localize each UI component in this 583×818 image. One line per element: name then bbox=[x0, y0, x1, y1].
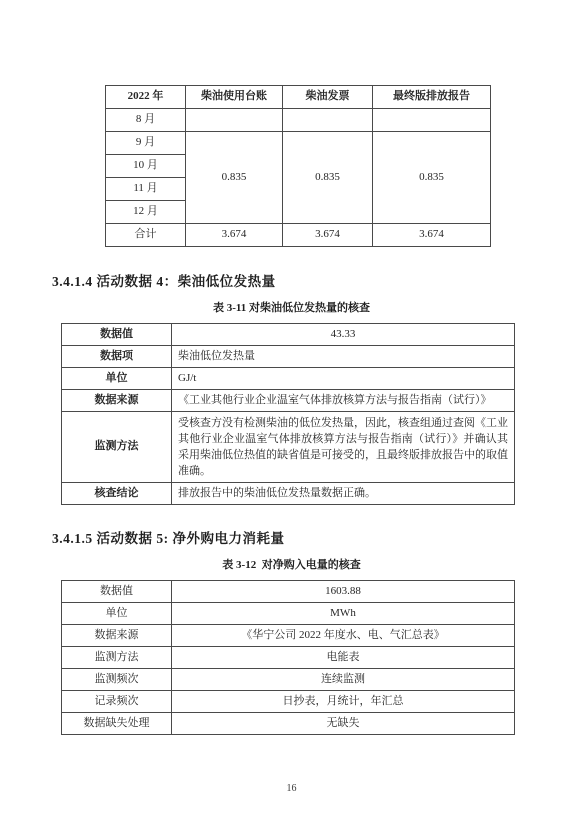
empty-cell bbox=[186, 109, 283, 132]
row-value-cell: 受核查方没有检测柴油的低位发热量，因此，核查组通过查阅《工业其他行业企业温室气体… bbox=[172, 412, 515, 483]
empty-cell bbox=[283, 109, 373, 132]
table-row-missing-data-handling: 数据缺失处理 无缺失 bbox=[62, 713, 515, 735]
row-label-cell: 数据项 bbox=[62, 346, 172, 368]
row-value-cell: 无缺失 bbox=[172, 713, 515, 735]
row-value-cell: 43.33 bbox=[172, 324, 515, 346]
table-caption-3-12: 表 3-12 对净购入电量的核查 bbox=[0, 556, 583, 572]
row-value-cell: GJ/t bbox=[172, 368, 515, 390]
total-value-cell: 3.674 bbox=[283, 224, 373, 247]
total-label-cell: 合计 bbox=[106, 224, 186, 247]
row-value-cell: MWh bbox=[172, 603, 515, 625]
row-label-cell: 监测频次 bbox=[62, 669, 172, 691]
row-value-cell: 柴油低位发热量 bbox=[172, 346, 515, 368]
row-label-cell: 数据缺失处理 bbox=[62, 713, 172, 735]
table-caption-3-11: 表 3-11 对柴油低位发热量的核查 bbox=[0, 299, 583, 315]
row-label-cell: 数据来源 bbox=[62, 390, 172, 412]
row-label-cell: 单位 bbox=[62, 368, 172, 390]
verification-table-3-11: 数据值 43.33 数据项 柴油低位发热量 单位 GJ/t 数据来源 《工业其他… bbox=[61, 323, 515, 505]
row-value-cell: 连续监测 bbox=[172, 669, 515, 691]
table-row-monitoring-frequency: 监测频次 连续监测 bbox=[62, 669, 515, 691]
table-row-data-value: 数据值 1603.88 bbox=[62, 581, 515, 603]
row-value-cell: 排放报告中的柴油低位发热量数据正确。 bbox=[172, 483, 515, 505]
table-row-data-item: 数据项 柴油低位发热量 bbox=[62, 346, 515, 368]
table-row-unit: 单位 GJ/t bbox=[62, 368, 515, 390]
diesel-consistency-table: 2022 年 柴油使用台账 柴油发票 最终版排放报告 8 月 9 月 0.835… bbox=[105, 85, 491, 247]
total-value-cell: 3.674 bbox=[186, 224, 283, 247]
month-cell: 9 月 bbox=[106, 132, 186, 155]
row-label-cell: 数据值 bbox=[62, 324, 172, 346]
column-header-year: 2022 年 bbox=[106, 86, 186, 109]
total-value-cell: 3.674 bbox=[373, 224, 491, 247]
row-value-cell: 《华宁公司 2022 年度水、电、气汇总表》 bbox=[172, 625, 515, 647]
row-label-cell: 记录频次 bbox=[62, 691, 172, 713]
row-value-cell: 《工业其他行业企业温室气体排放核算方法与报告指南（试行）》 bbox=[172, 390, 515, 412]
merged-value-cell: 0.835 bbox=[186, 132, 283, 224]
empty-cell bbox=[373, 109, 491, 132]
table-row-data-value: 数据值 43.33 bbox=[62, 324, 515, 346]
table-row-recording-frequency: 记录频次 日抄表，月统计，年汇总 bbox=[62, 691, 515, 713]
row-label-cell: 数据值 bbox=[62, 581, 172, 603]
row-label-cell: 核查结论 bbox=[62, 483, 172, 505]
table-row-data-source: 数据来源 《华宁公司 2022 年度水、电、气汇总表》 bbox=[62, 625, 515, 647]
table-row-total: 合计 3.674 3.674 3.674 bbox=[106, 224, 491, 247]
column-header-invoice: 柴油发票 bbox=[283, 86, 373, 109]
table-row-monitoring-method: 监测方法 电能表 bbox=[62, 647, 515, 669]
row-value-cell: 日抄表，月统计，年汇总 bbox=[172, 691, 515, 713]
section-heading-3-4-1-5: 3.4.1.5 活动数据 5: 净外购电力消耗量 bbox=[52, 527, 285, 547]
row-value-cell: 电能表 bbox=[172, 647, 515, 669]
month-cell: 10 月 bbox=[106, 155, 186, 178]
table-row-verification-conclusion: 核查结论 排放报告中的柴油低位发热量数据正确。 bbox=[62, 483, 515, 505]
row-label-cell: 监测方法 bbox=[62, 412, 172, 483]
table-row-aug: 8 月 bbox=[106, 109, 491, 132]
column-header-report: 最终版排放报告 bbox=[373, 86, 491, 109]
row-label-cell: 单位 bbox=[62, 603, 172, 625]
month-cell: 12 月 bbox=[106, 201, 186, 224]
table-row-sep: 9 月 0.835 0.835 0.835 bbox=[106, 132, 491, 155]
table-header-row: 2022 年 柴油使用台账 柴油发票 最终版排放报告 bbox=[106, 86, 491, 109]
merged-value-cell: 0.835 bbox=[373, 132, 491, 224]
section-heading-3-4-1-4: 3.4.1.4 活动数据 4：柴油低位发热量 bbox=[52, 270, 276, 290]
table-row-data-source: 数据来源 《工业其他行业企业温室气体排放核算方法与报告指南（试行）》 bbox=[62, 390, 515, 412]
row-value-cell: 1603.88 bbox=[172, 581, 515, 603]
document-page: 2022 年 柴油使用台账 柴油发票 最终版排放报告 8 月 9 月 0.835… bbox=[0, 0, 583, 818]
table-row-unit: 单位 MWh bbox=[62, 603, 515, 625]
month-cell: 8 月 bbox=[106, 109, 186, 132]
page-number: 16 bbox=[0, 783, 583, 794]
column-header-ledger: 柴油使用台账 bbox=[186, 86, 283, 109]
merged-value-cell: 0.835 bbox=[283, 132, 373, 224]
row-label-cell: 数据来源 bbox=[62, 625, 172, 647]
month-cell: 11 月 bbox=[106, 178, 186, 201]
row-label-cell: 监测方法 bbox=[62, 647, 172, 669]
verification-table-3-12: 数据值 1603.88 单位 MWh 数据来源 《华宁公司 2022 年度水、电… bbox=[61, 580, 515, 735]
table-row-monitoring-method: 监测方法 受核查方没有检测柴油的低位发热量，因此，核查组通过查阅《工业其他行业企… bbox=[62, 412, 515, 483]
